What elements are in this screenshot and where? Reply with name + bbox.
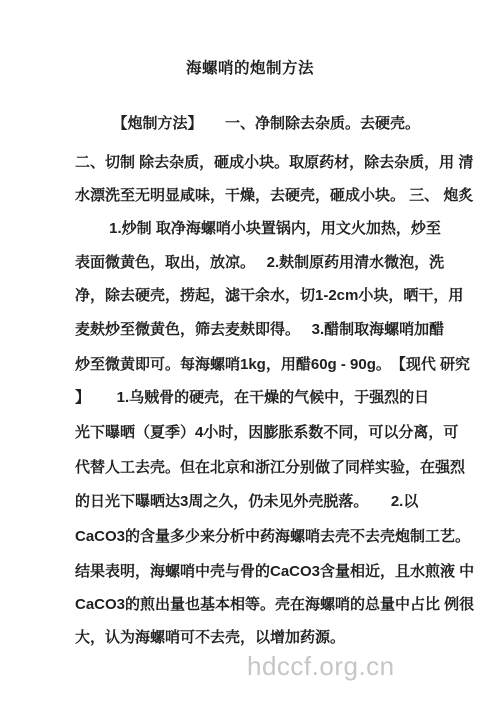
text-line: 】 1.乌贼骨的硬壳，在干燥的气候中，于强烈的日 (75, 386, 429, 407)
document-page: 海螺哨的炮制方法 【炮制方法】 一、净制除去杂质。去硬壳。 二、切制 除去杂质，… (0, 0, 500, 707)
text-line: 【炮制方法】 一、净制除去杂质。去硬壳。 (75, 112, 420, 133)
text-line: 1.炒制 取净海螺哨小块置锅内，用文火加热，炒至 (75, 217, 441, 238)
page-title: 海螺哨的炮制方法 (0, 56, 500, 78)
text-line: 表面微黄色，取出，放凉。 2.麸制原药用清水微泡，洗 (75, 251, 444, 272)
text-line: 炒至微黄即可。每海螺哨1kg，用醋60g - 90g。 【现代 研究 (75, 353, 470, 374)
text-line: 大，认为海螺哨可不去壳，以增加药源。 (75, 626, 345, 647)
text-line: 结果表明，海螺哨中壳与骨的CaCO3含量相近，且水煎液 中 (75, 560, 474, 581)
watermark: hdccf.org.cn (247, 651, 395, 682)
text-line: CaCO3的煎出量也基本相等。壳在海螺哨的总量中占比 例很 (75, 593, 474, 614)
text-line: 二、切制 除去杂质，砸成小块。取原药材，除去杂质，用 清 (75, 151, 473, 172)
text-line: 水漂洗至无明显咸味，干燥，去硬壳，砸成小块。 三、 炮炙 (75, 184, 473, 205)
text-line: 净，除去硬壳，捞起，滤干余水，切1-2cm小块，晒干，用 (75, 284, 463, 305)
text-line: 代替人工去壳。但在北京和浙江分别做了同样实验，在强烈 (75, 456, 465, 477)
text-line: 光下曝晒（夏季）4小时，因膨胀系数不同，可以分离，可 (75, 421, 458, 442)
text-line: CaCO3的含量多少来分析中药海螺哨去壳不去壳炮制工艺。 (75, 525, 470, 546)
text-line: 麦麸炒至微黄色，筛去麦麸即得。 3.醋制取海螺哨加醋 (75, 318, 444, 339)
text-line: 的日光下曝晒达3周之久，仍未见外壳脱落。 2.以 (75, 490, 418, 511)
